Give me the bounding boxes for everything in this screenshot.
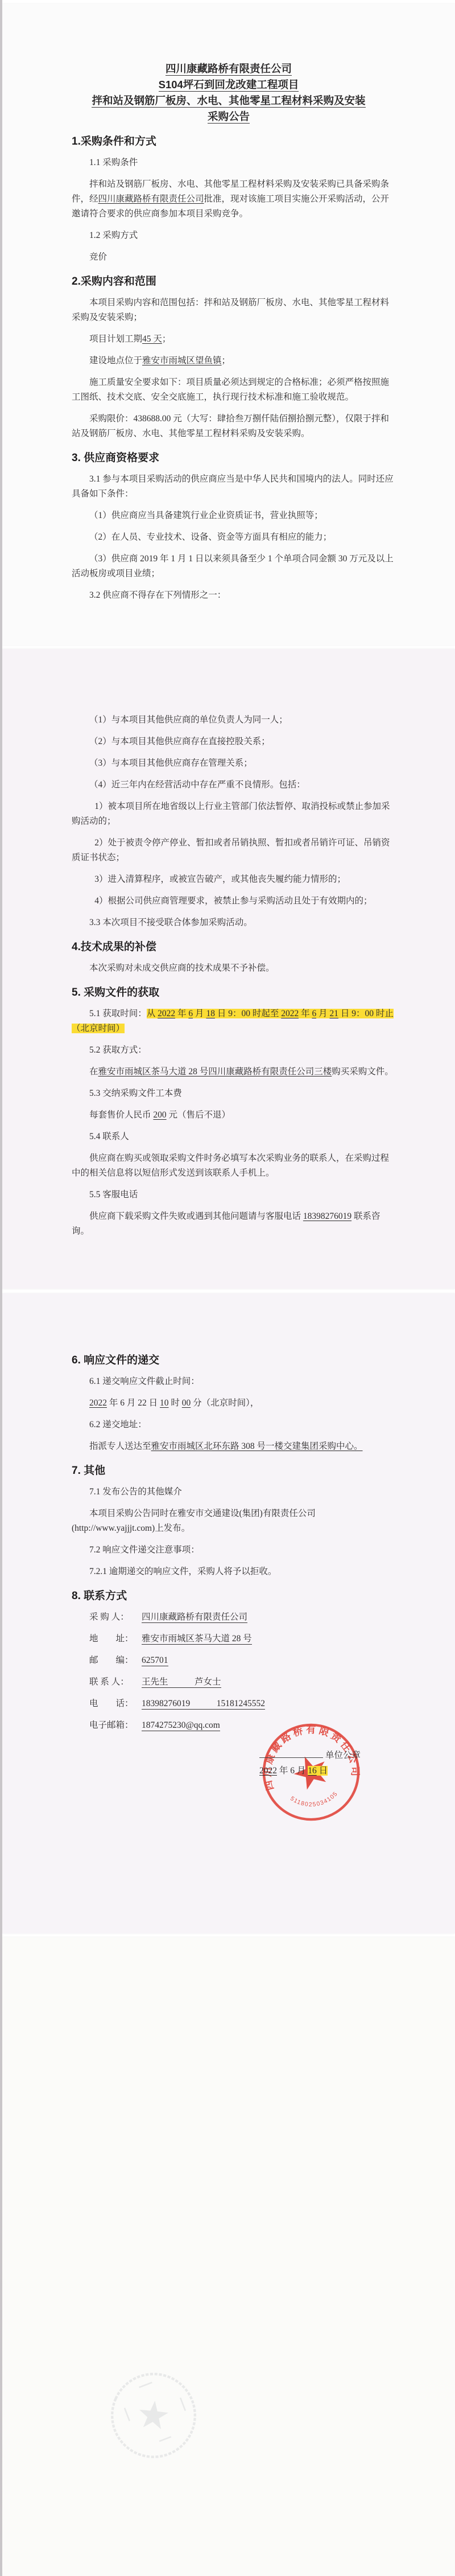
contact-row-purchaser: 采 购 人：四川康藏路桥有限责任公司 <box>89 1610 394 1625</box>
paragraph-duration: 项目计划工期45 天； <box>72 332 394 347</box>
seal-label: 单位公章 <box>325 1751 361 1760</box>
paragraph-location: 建设地点位于雅安市雨城区望鱼镇； <box>72 354 394 368</box>
subsection-1-1: 1.1 采购条件 <box>72 155 394 170</box>
situation-item-4: （4）近三年内在经营活动中存在严重不良情形。包括： <box>72 778 394 792</box>
contact-row-address: 地 址：雅安市雨城区茶马大道 28 号 <box>89 1632 394 1646</box>
section-heading-7: 7. 其他 <box>72 1464 394 1478</box>
seal-bleedthrough-ghost <box>95 2357 212 2474</box>
paragraph-price-limit: 采购限价：438688.00 元（大写：肆拾叁万捌仟陆佰捌拾捌元整），仅限于拌和… <box>72 412 394 441</box>
document-page-4 <box>2 1937 455 2576</box>
subsection-5-2: 5.2 获取方式： <box>72 1043 394 1058</box>
situation-sub-4: 4）根据公司供应商管理要求，被禁止参与采购活动且处于有效期内的； <box>72 894 394 909</box>
subsection-6-2: 6.2 递交地址： <box>72 1418 394 1432</box>
document-page-2: （1）与本项目其他供应商的单位负责人为同一人； （2）与本项目其他供应商存在直接… <box>2 649 455 1289</box>
section-heading-1: 1.采购条件和方式 <box>72 135 394 149</box>
paragraph-scope: 本项目采购内容和范围包括：拌和站及钢筋厂板房、水电、其他零星工程材料采购及安装采… <box>72 295 394 325</box>
qualification-item-3: （3）供应商 2019 年 1 月 1 日以来须具备至少 1 个单项合同金额 3… <box>72 552 394 581</box>
title-line-project: S104坪石到回龙改建工程项目 <box>2 77 455 93</box>
situation-item-2: （2）与本项目其他供应商存在直接控股关系； <box>72 734 394 749</box>
paragraph-compensation: 本次采购对未成交供应商的技术成果不予补偿。 <box>72 961 394 976</box>
paragraph-submit-address: 指派专人送达至雅安市雨城区北环东路 308 号一楼交建集团采购中心。 <box>72 1439 394 1454</box>
contact-row-person: 联 系 人：王先生 芦女士 <box>89 1675 394 1690</box>
page2-content: （1）与本项目其他供应商的单位负责人为同一人； （2）与本项目其他供应商存在直接… <box>2 649 455 1239</box>
subsection-5-3: 5.3 交纳采购文件工本费 <box>72 1086 394 1101</box>
situation-sub-3: 3）进入清算程序，或被宣告破产，或其他丧失履约能力情形的； <box>72 872 394 887</box>
svg-text:5118025034105: 5118025034105 <box>288 1788 341 1812</box>
paragraph-conditions: 拌和站及钢筋厂板房、水电、其他零星工程材料采购及安装采购已具备采购条件，经四川康… <box>72 177 394 221</box>
title-line-notice: 采购公告 <box>2 109 455 125</box>
contact-row-phone: 电 话：18398276019 15181245552 <box>89 1696 394 1711</box>
contact-row-postcode: 邮 编：625701 <box>89 1653 394 1668</box>
subsection-3-2: 3.2 供应商不得存在下列情形之一： <box>72 588 394 603</box>
document-page-3: 6. 响应文件的递交 6.1 递交响应文件截止时间： 2022 年 6 月 22… <box>2 1293 455 1933</box>
paragraph-get-time: 5.1 获取时间：从 2022 年 6 月 18 日 9：00 时起至 2022… <box>72 1006 394 1036</box>
paragraph-method: 竞价 <box>72 250 394 265</box>
section-heading-3: 3. 供应商资格要求 <box>72 451 394 465</box>
scanned-document-viewer: 四川康藏路桥有限责任公司 S104坪石到回龙改建工程项目 拌和站及钢筋厂板房、水… <box>0 0 455 2576</box>
ghost-seal-icon <box>95 2357 212 2474</box>
document-page-1: 四川康藏路桥有限责任公司 S104坪石到回龙改建工程项目 拌和站及钢筋厂板房、水… <box>2 4 455 645</box>
paragraph-get-way: 在雅安市雨城区茶马大道 28 号四川康藏路桥有限责任公司三楼购买采购文件。 <box>72 1065 394 1079</box>
paragraph-contact-note: 供应商在购买或领取采购文件时务必填写本次采购业务的联系人，在采购过程中的相关信息… <box>72 1151 394 1181</box>
subsection-3-1: 3.1 参与本项目采购活动的供应商应当是中华人民共和国境内的法人。同时还应具备如… <box>72 472 394 502</box>
subsection-7-2-1: 7.2.1 逾期递交的响应文件，采购人将予以拒收。 <box>72 1564 394 1579</box>
subsection-1-2: 1.2 采购方式 <box>72 228 394 243</box>
section-heading-5: 5. 采购文件的获取 <box>72 986 394 1000</box>
subsection-6-1: 6.1 递交响应文件截止时间： <box>72 1374 394 1389</box>
seal-line: 单位公章 <box>259 1748 361 1763</box>
section-heading-8: 8. 联系方式 <box>72 1589 394 1603</box>
page1-content: 1.采购条件和方式 1.1 采购条件 拌和站及钢筋厂板房、水电、其他零星工程材料… <box>2 135 455 603</box>
document-title: 四川康藏路桥有限责任公司 S104坪石到回龙改建工程项目 拌和站及钢筋厂板房、水… <box>2 4 455 125</box>
subsection-5-5: 5.5 客服电话 <box>72 1188 394 1202</box>
subsection-7-2: 7.2 响应文件递交注意事项： <box>72 1543 394 1558</box>
signature-blank-line <box>259 1749 323 1758</box>
qualification-item-1: （1）供应商应当具备建筑行业企业资质证书，营业执照等； <box>72 508 394 523</box>
situation-item-3: （3）与本项目其他供应商存在管理关系； <box>72 756 394 771</box>
subsection-7-1: 7.1 发布公告的其他媒介 <box>72 1485 394 1499</box>
section-heading-4: 4.技术成果的补偿 <box>72 940 394 954</box>
page3-content: 6. 响应文件的递交 6.1 递交响应文件截止时间： 2022 年 6 月 22… <box>2 1293 455 1733</box>
subsection-5-4: 5.4 联系人 <box>72 1129 394 1144</box>
qualification-item-2: （2）在人员、专业技术、设备、资金等方面具有相应的能力； <box>72 530 394 545</box>
paragraph-deadline: 2022 年 6 月 22 日 10 时 00 分（北京时间）， <box>72 1396 394 1411</box>
subsection-3-3: 3.3 本次项目不接受联合体参加采购活动。 <box>72 915 394 930</box>
date-line: 2022 年 6 月 16 日 <box>259 1763 361 1778</box>
situation-item-1: （1）与本项目其他供应商的单位负责人为同一人； <box>72 713 394 728</box>
paragraph-media: 本项目采购公告同时在雅安市交通建设(集团)有限责任公司(http://www.y… <box>72 1506 394 1536</box>
situation-sub-1: 1）被本项目所在地省级以上行业主管部门依法暂停、取消投标或禁止参加采购活动的； <box>72 799 394 829</box>
signature-block: 单位公章 2022 年 6 月 16 日 <box>259 1748 361 1778</box>
paragraph-fee: 每套售价人民币 200 元（售后不退） <box>72 1108 394 1123</box>
paragraph-quality: 施工质量安全要求如下：项目质量必须达到规定的合格标准；必须严格按照施工图纸、技术… <box>72 375 394 405</box>
title-line-subject: 拌和站及钢筋厂板房、水电、其他零星工程材料采购及安装 <box>2 93 455 109</box>
paragraph-service-phone: 供应商下载采购文件失败或遇到其他问题请与客服电话 18398276019 联系咨… <box>72 1209 394 1239</box>
situation-sub-2: 2）处于被责令停产停业、暂扣或者吊销执照、暂扣或者吊销许可证、吊销资质证书状态； <box>72 836 394 865</box>
title-line-company: 四川康藏路桥有限责任公司 <box>2 61 455 77</box>
section-heading-2: 2.采购内容和范围 <box>72 275 394 289</box>
section-heading-6: 6. 响应文件的递交 <box>72 1354 394 1367</box>
